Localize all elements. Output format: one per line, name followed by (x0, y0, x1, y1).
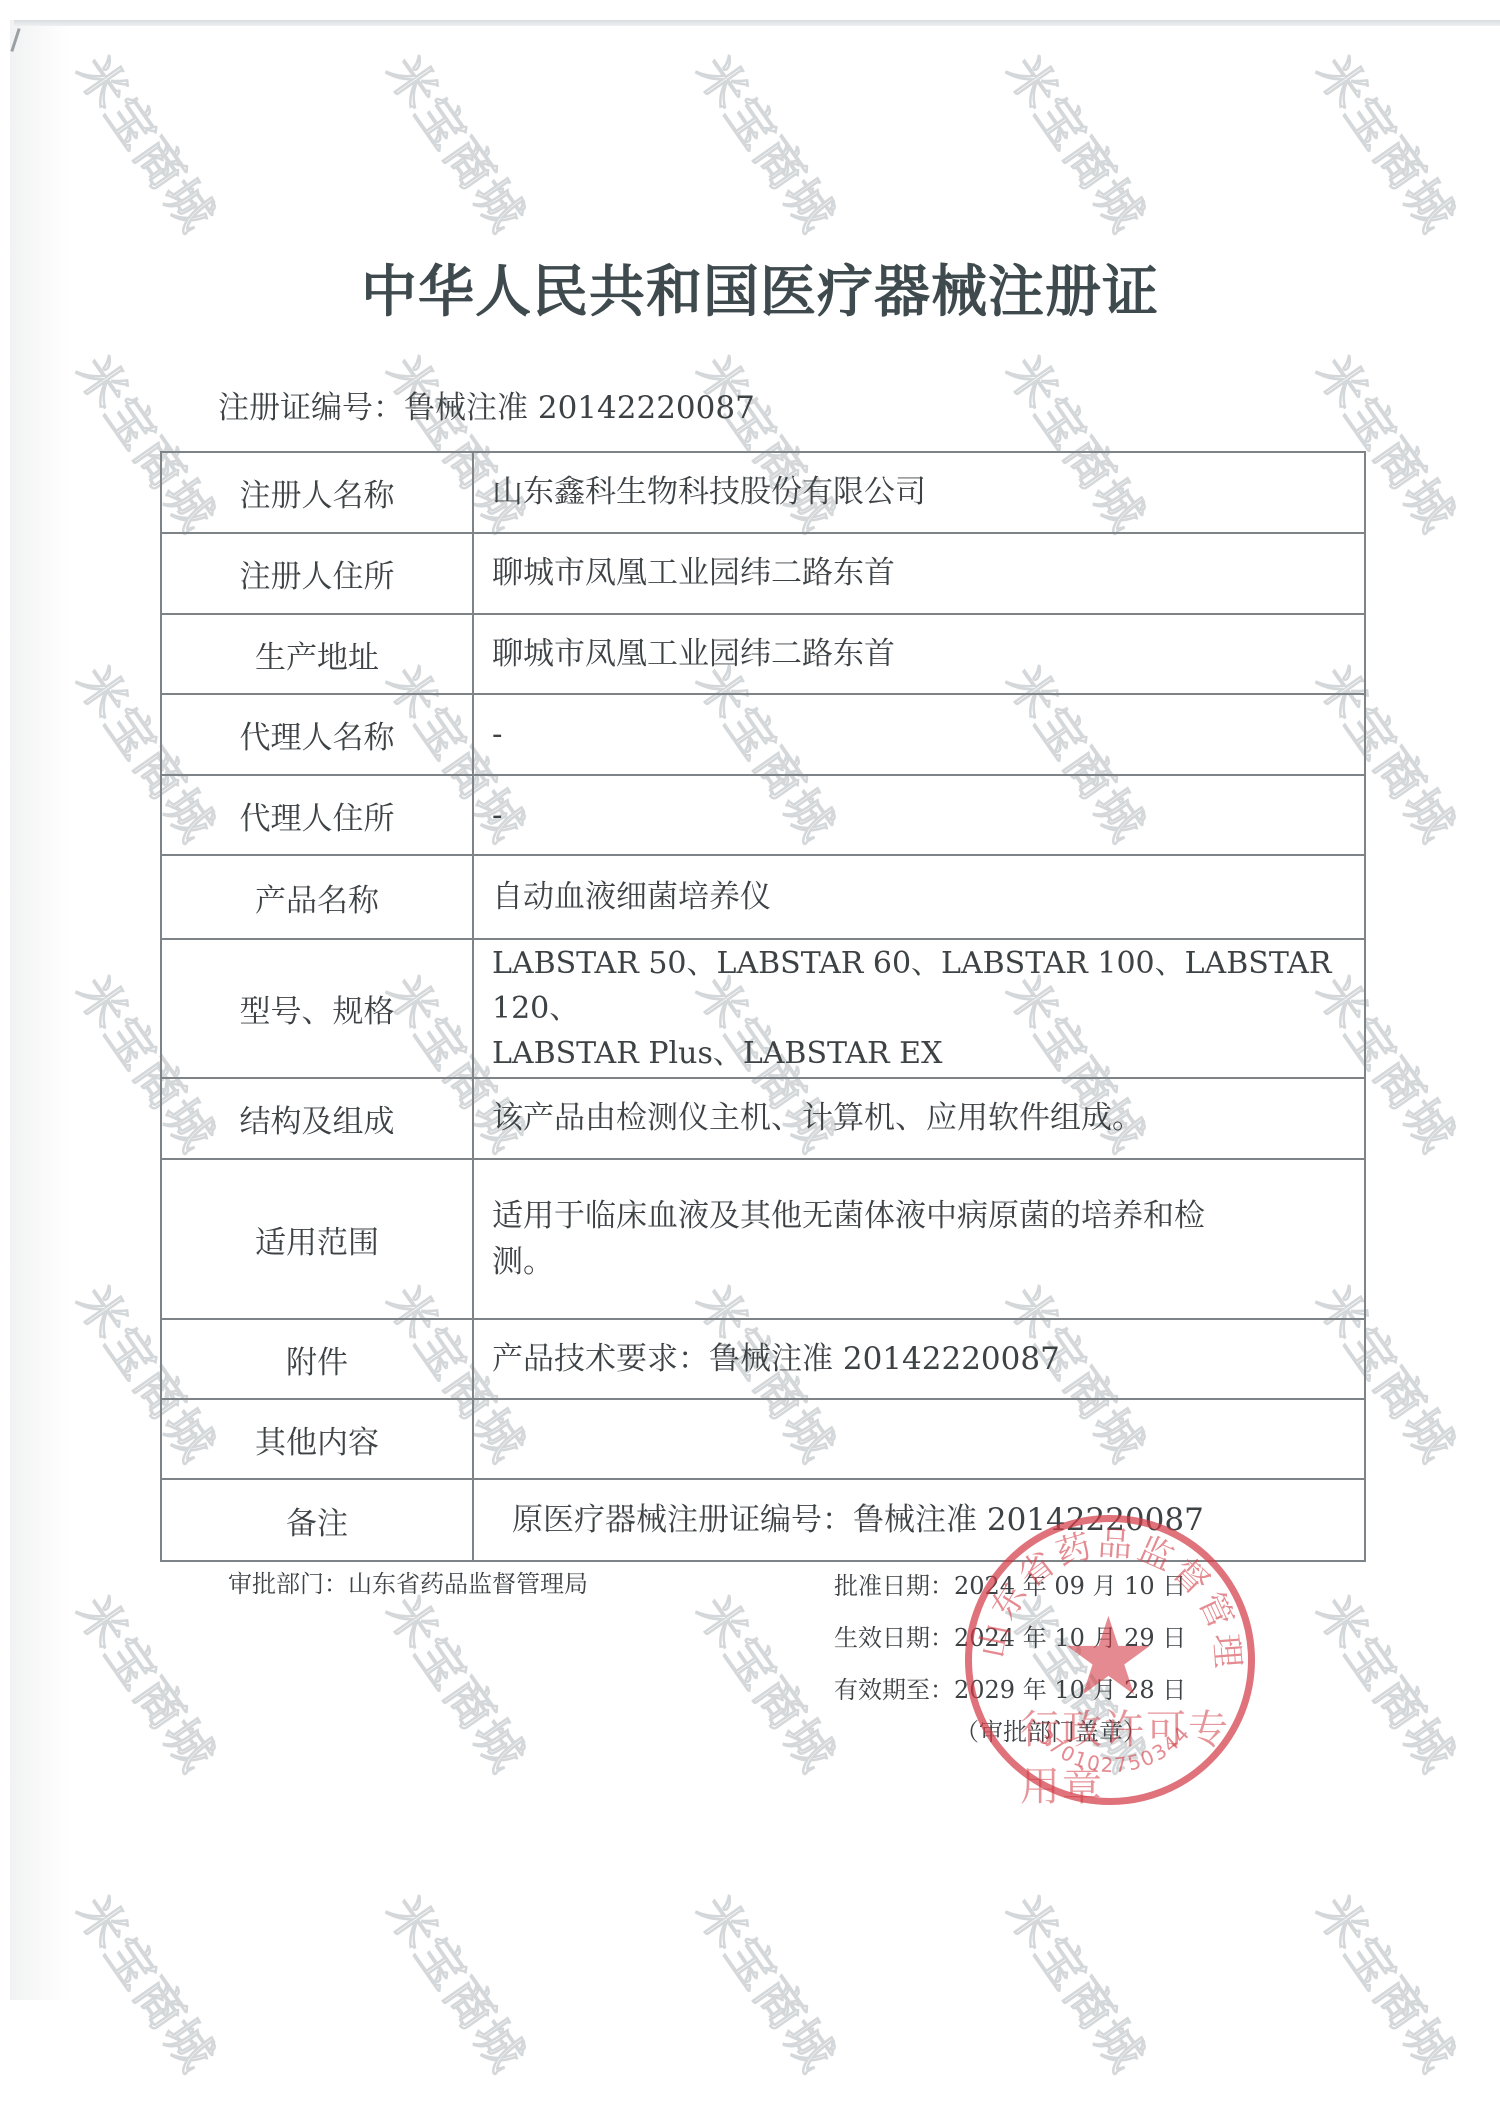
approval-department: 审批部门：山东省药品监督管理局 (228, 1564, 588, 1599)
table-row: 代理人名称 - (161, 694, 1365, 775)
row-value: 聊城市凤凰工业园纬二路东首 (473, 614, 1365, 694)
row-label: 附件 (161, 1319, 473, 1399)
registration-number: 注册证编号：鲁械注准 20142220087 (218, 382, 755, 427)
row-value: - (473, 775, 1365, 855)
document-title: 中华人民共和国医疗器械注册证 (0, 248, 1500, 328)
registration-number-label: 注册证编号： (218, 390, 404, 426)
model-line-2: LABSTAR Plus、LABSTAR EX (492, 1031, 1363, 1076)
table-row: 其他内容 (161, 1399, 1365, 1479)
watermark-text: 米宝商城 (1311, 1880, 1486, 2095)
table-row: 备注 原医疗器械注册证编号：鲁械注准 20142220087 (161, 1479, 1365, 1561)
table-row: 结构及组成 该产品由检测仪主机、计算机、应用软件组成。 (161, 1078, 1365, 1159)
footer-dates: 批准日期：2024 年 09 月 10 日 生效日期：2024 年 10 月 2… (834, 1560, 1186, 1716)
table-row: 代理人住所 - (161, 775, 1365, 855)
row-label: 适用范围 (161, 1159, 473, 1319)
row-value: 该产品由检测仪主机、计算机、应用软件组成。 (473, 1078, 1365, 1159)
table-row: 产品名称 自动血液细菌培养仪 (161, 855, 1365, 939)
certificate-table: 注册人名称 山东鑫科生物科技股份有限公司 注册人住所 聊城市凤凰工业园纬二路东首… (160, 451, 1366, 1562)
watermark-text: 米宝商城 (71, 40, 246, 255)
row-value: LABSTAR 50、LABSTAR 60、LABSTAR 100、LABSTA… (473, 939, 1365, 1078)
watermark-text: 米宝商城 (381, 1580, 556, 1795)
row-label: 型号、规格 (161, 939, 473, 1078)
table-row: 适用范围 适用于临床血液及其他无菌体液中病原菌的培养和检 测。 (161, 1159, 1365, 1319)
table-row: 注册人住所 聊城市凤凰工业园纬二路东首 (161, 533, 1365, 614)
row-value: 山东鑫科生物科技股份有限公司 (473, 452, 1365, 533)
row-value: 聊城市凤凰工业园纬二路东首 (473, 533, 1365, 614)
row-value: 原医疗器械注册证编号：鲁械注准 20142220087 (473, 1479, 1365, 1561)
registration-number-value: 鲁械注准 20142220087 (404, 390, 755, 426)
approval-date: 批准日期：2024 年 09 月 10 日 (834, 1560, 1186, 1612)
effective-date: 生效日期：2024 年 10 月 29 日 (834, 1612, 1186, 1664)
row-label: 产品名称 (161, 855, 473, 939)
table-row: 注册人名称 山东鑫科生物科技股份有限公司 (161, 452, 1365, 533)
table-row: 型号、规格 LABSTAR 50、LABSTAR 60、LABSTAR 100、… (161, 939, 1365, 1078)
row-label: 注册人住所 (161, 533, 473, 614)
model-line-1: LABSTAR 50、LABSTAR 60、LABSTAR 100、LABSTA… (492, 941, 1363, 1031)
watermark-text: 米宝商城 (691, 40, 866, 255)
scope-line-1: 适用于临床血液及其他无菌体液中病原菌的培养和检 (492, 1193, 1363, 1240)
table-row: 生产地址 聊城市凤凰工业园纬二路东首 (161, 614, 1365, 694)
row-value: 自动血液细菌培养仪 (473, 855, 1365, 939)
row-label: 代理人名称 (161, 694, 473, 775)
row-value: 产品技术要求：鲁械注准 20142220087 (473, 1319, 1365, 1399)
watermark-text: 米宝商城 (691, 1880, 866, 2095)
watermark-text: 米宝商城 (1311, 1580, 1486, 1795)
row-value: 适用于临床血液及其他无菌体液中病原菌的培养和检 测。 (473, 1159, 1365, 1319)
row-value: - (473, 694, 1365, 775)
row-value (473, 1399, 1365, 1479)
watermark-text: 米宝商城 (381, 1880, 556, 2095)
watermark-text: 米宝商城 (1001, 40, 1176, 255)
watermark-text: 米宝商城 (1001, 1880, 1176, 2095)
valid-until-date: 有效期至：2029 年 10 月 28 日 (834, 1664, 1186, 1716)
row-label: 代理人住所 (161, 775, 473, 855)
row-label: 注册人名称 (161, 452, 473, 533)
scope-line-2: 测。 (492, 1239, 1363, 1286)
table-row: 附件 产品技术要求：鲁械注准 20142220087 (161, 1319, 1365, 1399)
watermark-text: 米宝商城 (381, 40, 556, 255)
watermark-text: 米宝商城 (1311, 40, 1486, 255)
row-label: 备注 (161, 1479, 473, 1561)
row-label: 其他内容 (161, 1399, 473, 1479)
seal-note: （审批部门盖章） (955, 1712, 1147, 1747)
row-label: 结构及组成 (161, 1078, 473, 1159)
watermark-text: 米宝商城 (71, 1880, 246, 2095)
watermark-text: 米宝商城 (71, 1580, 246, 1795)
scan-top-edge (14, 20, 1500, 26)
row-label: 生产地址 (161, 614, 473, 694)
